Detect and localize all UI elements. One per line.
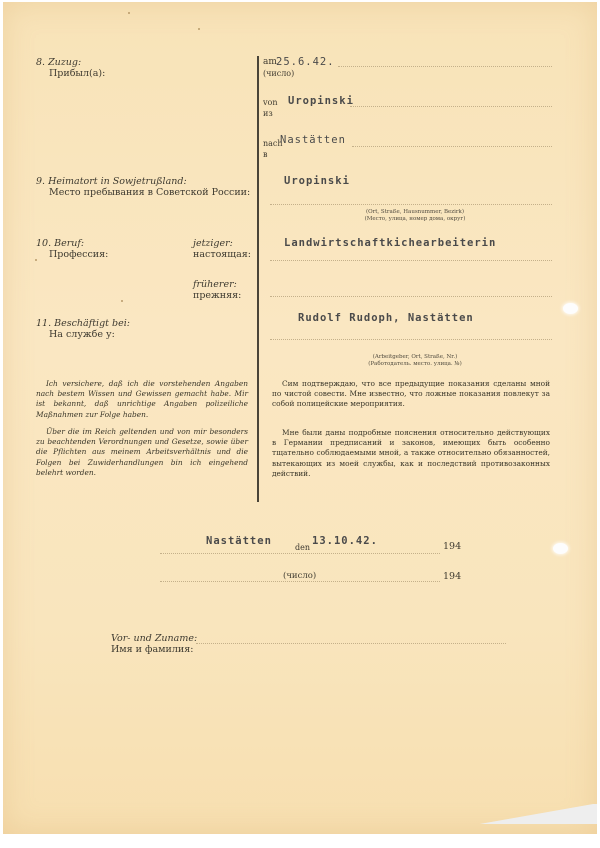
profession-former-line (270, 296, 552, 297)
declaration-de-paragraph-2: Über die im Reich geltenden und von mir … (36, 427, 248, 478)
name-label-de: Vor- und Zuname: (111, 633, 197, 644)
paper-speck (128, 12, 130, 14)
item8-label-de: 8. Zuzug: (36, 57, 81, 68)
signature-date: 13.10.42. (312, 535, 378, 547)
signature-place: Nastätten (206, 535, 272, 547)
hometown-caption-de: (Ort, Straße, Hausnummer, Bezirk) (300, 209, 530, 216)
from-line (350, 106, 552, 107)
item11-label-de: 11. Beschäftigt bei: (36, 318, 130, 329)
employer-caption-ru: (Работодатель. место. улица. №) (300, 361, 530, 368)
employer-line (270, 339, 552, 340)
item10-label-de: 10. Beruf: (36, 238, 84, 249)
column-divider (257, 56, 259, 502)
signature-date-ru-line (160, 581, 440, 582)
employer-value: Rudolf Rudoph, Nastätten (298, 312, 474, 324)
declaration-ru-paragraph-2: Мне были даны подробные пояснения относи… (272, 428, 550, 479)
arrival-date-sub: (число) (263, 69, 294, 78)
item10-former-de: früherer: (193, 279, 237, 290)
item10-current-ru: настоящая: (193, 249, 251, 260)
item10-former-ru: прежняя: (193, 290, 241, 301)
declaration-ru-paragraph-1: Сим подтверждаю, что все предыдущие пока… (272, 379, 550, 410)
signature-year-prefix-1: 194 (443, 541, 461, 552)
name-label-ru: Имя и фамилия: (111, 644, 193, 655)
hometown-caption-ru: (Место, улица, номер дома, округ) (300, 216, 530, 223)
item9-label-de: 9. Heimatort in Sowjetrußland: (36, 176, 187, 187)
item9-label-ru: Место пребывания в Советской России: (49, 187, 250, 198)
employer-caption-de: (Arbeitgeber, Ort, Straße, Nr.) (300, 354, 530, 361)
profession-current-line (270, 260, 552, 261)
punch-hole-upper (563, 303, 578, 314)
profession-current-value: Landwirtschaftkichearbeiterin (284, 237, 496, 249)
name-line (196, 643, 506, 644)
to-prefix-ru: в (263, 150, 268, 159)
paper-speck (198, 28, 200, 30)
signature-year-prefix-2: 194 (443, 571, 461, 582)
to-value: Nastätten (280, 134, 346, 146)
signature-place-line (160, 553, 440, 554)
item10-current-de: jetziger: (193, 238, 233, 249)
hometown-line (270, 204, 552, 205)
from-prefix-ru: из (263, 109, 273, 118)
from-prefix-de: von (263, 98, 278, 107)
item11-label-ru: На службе у: (49, 329, 115, 340)
paper-speck (121, 300, 123, 302)
declaration-de-paragraph-1: Ich versichere, daß ich die vorstehenden… (36, 379, 248, 420)
hometown-value: Uropinski (284, 175, 350, 187)
paper-speck (35, 259, 37, 261)
from-value: Uropinski (288, 95, 354, 107)
page-curl (447, 804, 597, 824)
arrival-date-value: 25.6.42. (276, 56, 335, 68)
arrival-date-line (338, 66, 552, 67)
signature-den-label: den (295, 543, 310, 552)
arrival-prefix: am (263, 57, 277, 68)
to-line (352, 146, 552, 147)
item10-label-ru: Профессия: (49, 249, 108, 260)
punch-hole-lower (553, 543, 568, 554)
item8-label-ru: Прибыл(а): (49, 68, 105, 79)
